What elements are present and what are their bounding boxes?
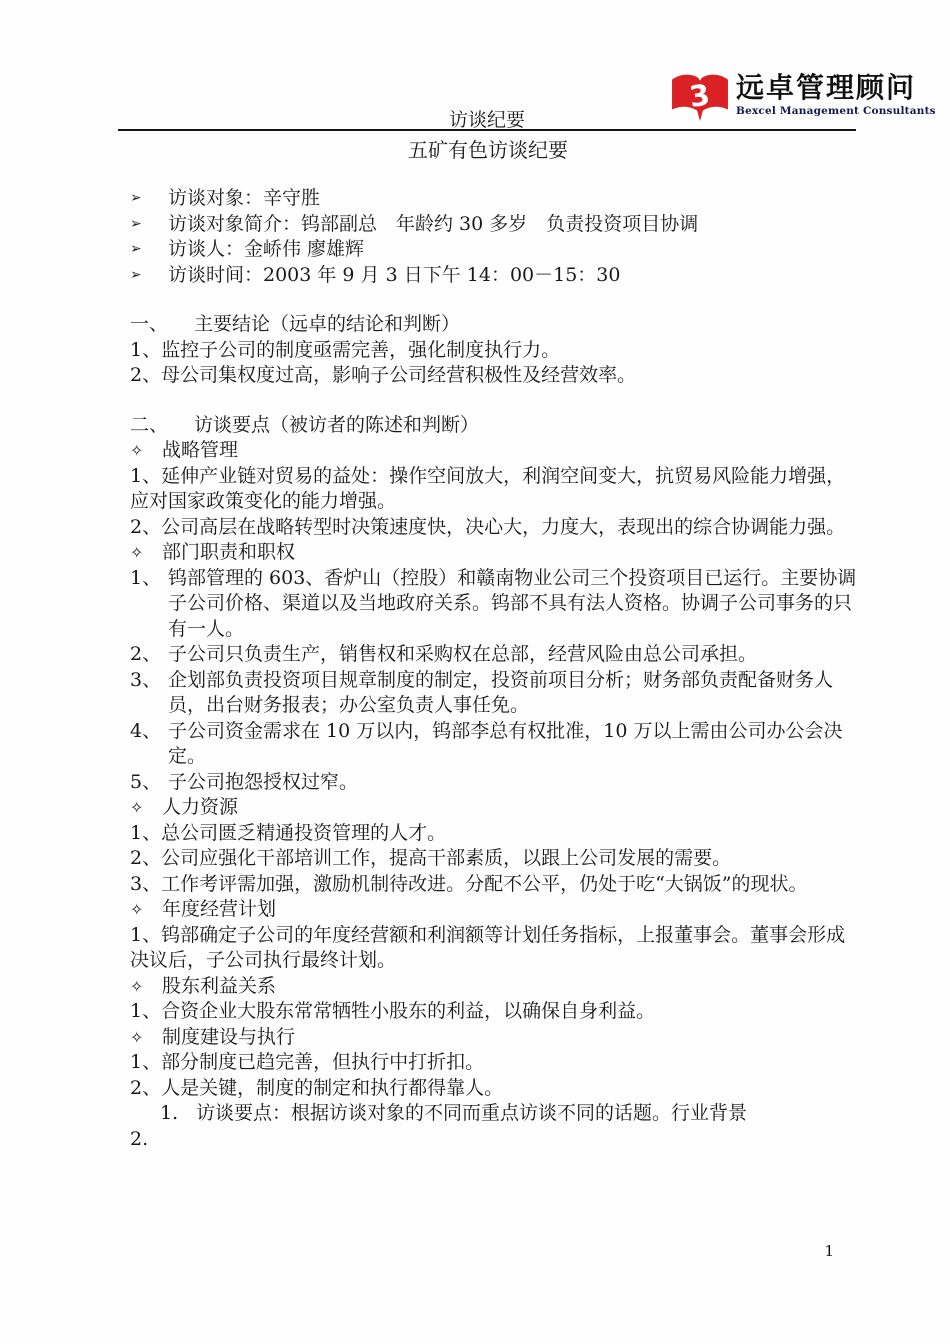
- item-text: 子公司抱怨授权过窄。: [168, 770, 858, 796]
- numbered-item: 4、 子公司资金需求在 10 万以内，钨部李总有权批准，10 万以上需由公司办公…: [130, 719, 858, 770]
- diamond-bullet-icon: ✧: [130, 438, 162, 464]
- diamond-bullet-icon: ✧: [130, 540, 162, 566]
- item-text: 子公司只负责生产，销售权和采购权在总部，经营风险由总公司承担。: [168, 642, 858, 668]
- numbered-item: 5、 子公司抱怨授权过窄。: [130, 770, 858, 796]
- diamond-title: 制度建设与执行: [162, 1025, 858, 1051]
- diamond-title: 年度经营计划: [162, 897, 858, 923]
- doc-title: 五矿有色访谈纪要: [118, 134, 858, 163]
- section-title: 访谈要点（被访者的陈述和判断）: [194, 413, 858, 439]
- diamond-heading: ✧ 年度经营计划: [130, 897, 858, 923]
- item-number: 5、: [130, 770, 168, 796]
- diamond-title: 战略管理: [162, 438, 858, 464]
- section-number: 二、: [130, 413, 194, 439]
- numbered-item: 1、 钨部管理的 603、香炉山（控股）和赣南物业公司三个投资项目已运行。主要协…: [130, 566, 858, 643]
- meta-bullet-item: ➢ 访谈时间：2003 年 9 月 3 日下午 14：00－15：30: [130, 263, 858, 289]
- numbered-item: 3、 企划部负责投资项目规章制度的制定，投资前项目分析；财务部负责配备财务人员，…: [130, 668, 858, 719]
- list-item: 2、母公司集权度过高，影响子公司经营积极性及经营效率。: [130, 363, 858, 389]
- section-heading: 二、 访谈要点（被访者的陈述和判断）: [130, 413, 858, 439]
- diamond-heading: ✧ 战略管理: [130, 438, 858, 464]
- meta-bullet-item: ➢ 访谈对象：辛守胜: [130, 186, 858, 212]
- arrow-bullet-icon: ➢: [130, 186, 168, 212]
- item-text: 企划部负责投资项目规章制度的制定，投资前项目分析；财务部负责配备财务人员，出台财…: [168, 668, 858, 719]
- item-number: 4、: [130, 719, 168, 745]
- numbered-item: 2、 子公司只负责生产，销售权和采购权在总部，经营风险由总公司承担。: [130, 642, 858, 668]
- diamond-bullet-icon: ✧: [130, 897, 162, 923]
- diamond-title: 股东利益关系: [162, 974, 858, 1000]
- diamond-title: 部门职责和职权: [162, 540, 858, 566]
- diamond-heading: ✧ 股东利益关系: [130, 974, 858, 1000]
- meta-bullet-item: ➢ 访谈对象简介：钨部副总 年龄约 30 多岁 负责投资项目协调: [130, 212, 858, 238]
- sub-item-text: 访谈要点：根据访谈对象的不同而重点访谈不同的话题。行业背景: [196, 1101, 858, 1127]
- meta-bullet-item: ➢ 访谈人：金峤伟 廖雄辉: [130, 237, 858, 263]
- list-item: 2.: [130, 1127, 858, 1153]
- diamond-heading: ✧ 人力资源: [130, 795, 858, 821]
- section-heading: 一、 主要结论（远卓的结论和判断）: [130, 312, 858, 338]
- meta-text: 访谈人：金峤伟 廖雄辉: [168, 237, 858, 263]
- arrow-bullet-icon: ➢: [130, 237, 168, 263]
- diamond-title: 人力资源: [162, 795, 858, 821]
- diamond-bullet-icon: ✧: [130, 1025, 162, 1051]
- item-number: 3、: [130, 668, 168, 694]
- meta-text: 访谈对象：辛守胜: [168, 186, 858, 212]
- diamond-bullet-icon: ✧: [130, 974, 162, 1000]
- section-number: 一、: [130, 312, 194, 338]
- section-title: 主要结论（远卓的结论和判断）: [194, 312, 858, 338]
- item-number: 2、: [130, 642, 168, 668]
- logo-cn-name: 远卓管理顾问: [736, 72, 936, 104]
- list-item: 2、人是关键，制度的制定和执行都得靠人。: [130, 1076, 858, 1102]
- header-running-title: 访谈纪要: [118, 105, 856, 132]
- list-item: 1、总公司匮乏精通投资管理的人才。: [130, 821, 858, 847]
- list-item: 1、延伸产业链对贸易的益处：操作空间放大，利润空间变大，抗贸易风险能力增强，应对…: [130, 464, 858, 515]
- item-number: 1、: [130, 566, 168, 592]
- diamond-heading: ✧ 制度建设与执行: [130, 1025, 858, 1051]
- page-number: 1: [118, 1242, 834, 1260]
- list-item: 1、合资企业大股东常常牺牲小股东的利益，以确保自身利益。: [130, 999, 858, 1025]
- item-text: 钨部管理的 603、香炉山（控股）和赣南物业公司三个投资项目已运行。主要协调子公…: [168, 566, 858, 643]
- body-lines: ➢ 访谈对象：辛守胜 ➢ 访谈对象简介：钨部副总 年龄约 30 多岁 负责投资项…: [118, 186, 858, 1152]
- header-rule: [118, 129, 856, 131]
- document-content: 五矿有色访谈纪要 ➢ 访谈对象：辛守胜 ➢ 访谈对象简介：钨部副总 年龄约 30…: [118, 134, 858, 1152]
- arrow-bullet-icon: ➢: [130, 263, 168, 289]
- diamond-heading: ✧ 部门职责和职权: [130, 540, 858, 566]
- sub-item-number: 1.: [160, 1101, 196, 1127]
- list-item: 2、公司高层在战略转型时决策速度快，决心大，力度大，表现出的综合协调能力强。: [130, 515, 858, 541]
- sub-numbered-item: 1. 访谈要点：根据访谈对象的不同而重点访谈不同的话题。行业背景: [130, 1101, 858, 1127]
- list-item: 1、监控子公司的制度亟需完善，强化制度执行力。: [130, 338, 858, 364]
- list-item: 1、钨部确定子公司的年度经营额和利润额等计划任务指标，上报董事会。董事会形成决议…: [130, 923, 858, 974]
- diamond-bullet-icon: ✧: [130, 795, 162, 821]
- meta-text: 访谈时间：2003 年 9 月 3 日下午 14：00－15：30: [168, 263, 858, 289]
- list-item: 2、公司应强化干部培训工作，提高干部素质，以跟上公司发展的需要。: [130, 846, 858, 872]
- arrow-bullet-icon: ➢: [130, 212, 168, 238]
- meta-text: 访谈对象简介：钨部副总 年龄约 30 多岁 负责投资项目协调: [168, 212, 858, 238]
- list-item: 3、工作考评需加强，激励机制待改进。分配不公平，仍处于吃“大锅饭”的现状。: [130, 872, 858, 898]
- item-text: 子公司资金需求在 10 万以内，钨部李总有权批准，10 万以上需由公司办公会决定…: [168, 719, 858, 770]
- document-page: 3 远卓管理顾问 Bexcel Management Consultants 访…: [0, 0, 950, 1344]
- list-item: 1、部分制度已趋完善，但执行中打折扣。: [130, 1050, 858, 1076]
